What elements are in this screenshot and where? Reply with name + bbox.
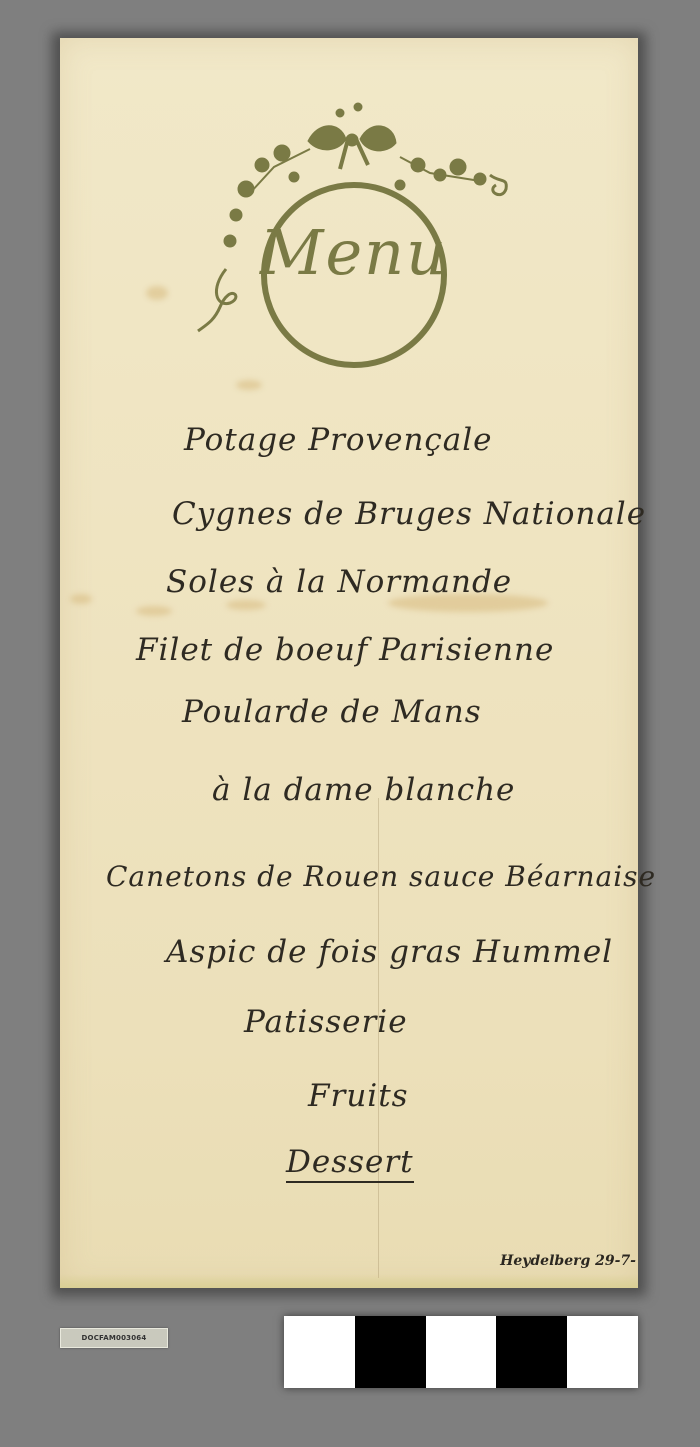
archive-reference-label: DOCFAM003064	[60, 1328, 168, 1348]
scale-segment	[496, 1316, 567, 1388]
dish-item: Aspic de fois gras Hummel	[166, 934, 613, 970]
scale-segment	[355, 1316, 426, 1388]
dish-item: Potage Provençale	[184, 422, 493, 458]
scale-segment	[284, 1316, 355, 1388]
dish-list: Potage Provençale Cygnes de Bruges Natio…	[60, 38, 638, 1288]
dish-item: Poularde de Mans	[182, 694, 482, 730]
dish-item: Filet de boeuf Parisienne	[136, 632, 554, 668]
dish-item: Dessert	[286, 1144, 414, 1183]
scale-segment	[426, 1316, 497, 1388]
dish-item: Fruits	[308, 1078, 409, 1114]
dish-item: Soles à la Normande	[166, 564, 512, 600]
dish-item: Patisserie	[244, 1004, 408, 1040]
signature: Heydelberg 29-7-	[500, 1253, 636, 1269]
dish-item: Canetons de Rouen sauce Béarnaise	[106, 860, 656, 893]
dish-item: Cygnes de Bruges Nationale	[172, 496, 646, 532]
scale-segment	[567, 1316, 638, 1388]
scale-bar	[284, 1316, 638, 1388]
menu-card: Menu Potage Provençale Cygnes de Bruges …	[60, 38, 638, 1288]
dish-item: à la dame blanche	[212, 772, 515, 808]
